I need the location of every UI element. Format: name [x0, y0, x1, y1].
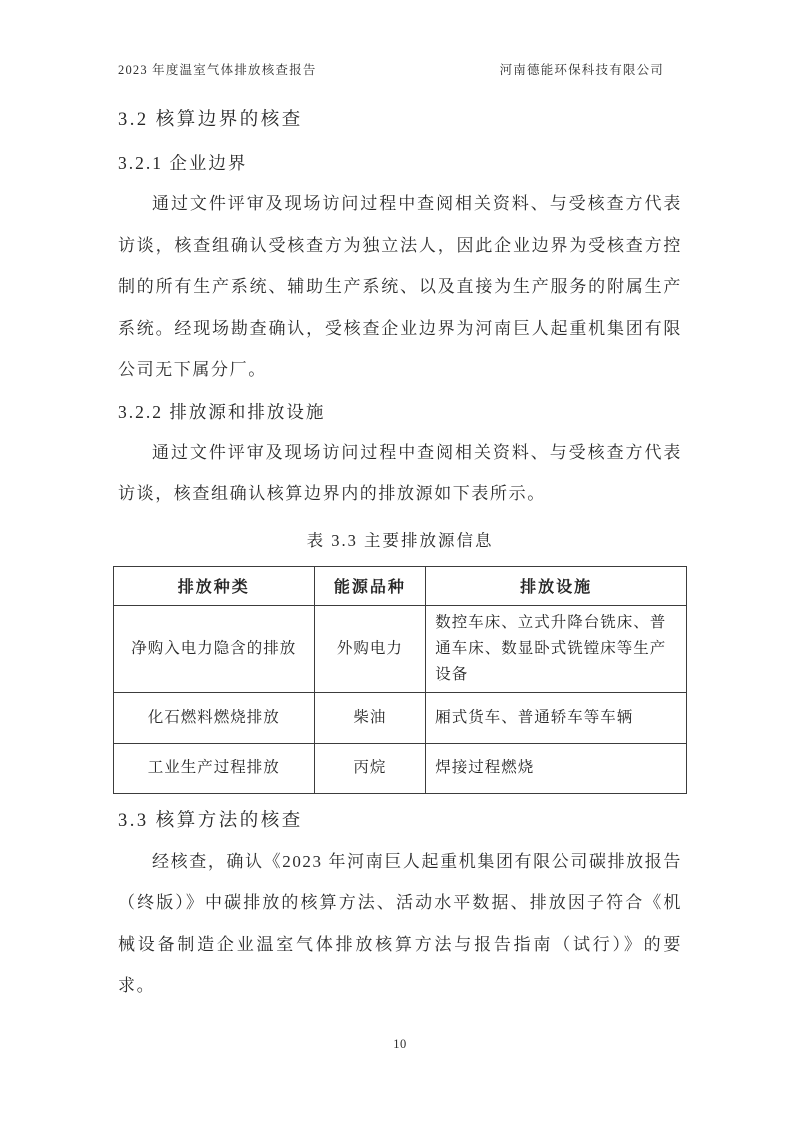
document-page: 2023 年度温室气体排放核查报告 河南德能环保科技有限公司 3.2 核算边界的…: [0, 0, 800, 1131]
table-cell: 厢式货车、普通轿车等车辆: [426, 692, 687, 743]
emission-sources-table: 排放种类 能源品种 排放设施 净购入电力隐含的排放 外购电力 数控车床、立式升降…: [113, 566, 687, 794]
page-content: 2023 年度温室气体排放核查报告 河南德能环保科技有限公司 3.2 核算边界的…: [118, 60, 682, 1007]
table-cell: 焊接过程燃烧: [426, 743, 687, 793]
header-company-name: 河南德能环保科技有限公司: [500, 60, 664, 78]
section-heading-3-2-2: 3.2.2 排放源和排放设施: [118, 399, 682, 425]
header-report-title: 2023 年度温室气体排放核查报告: [118, 60, 317, 78]
section-heading-3-2-1: 3.2.1 企业边界: [118, 150, 682, 176]
table-cell: 工业生产过程排放: [114, 743, 315, 793]
paragraph-accounting-method: 经核查，确认《2023 年河南巨人起重机集团有限公司碳排放报告（终版）》中碳排放…: [118, 841, 682, 1007]
table-header-energy-type: 能源品种: [314, 566, 426, 605]
table-cell: 丙烷: [314, 743, 426, 793]
paragraph-enterprise-boundary: 通过文件评审及现场访问过程中查阅相关资料、与受核查方代表访谈，核查组确认受核查方…: [118, 183, 682, 391]
table-row: 化石燃料燃烧排放 柴油 厢式货车、普通轿车等车辆: [114, 692, 687, 743]
section-heading-3-2: 3.2 核算边界的核查: [118, 107, 682, 133]
table-row: 工业生产过程排放 丙烷 焊接过程燃烧: [114, 743, 687, 793]
table-cell: 净购入电力隐含的排放: [114, 605, 315, 692]
paragraph-emission-sources: 通过文件评审及现场访问过程中查阅相关资料、与受核查方代表访谈，核查组确认核算边界…: [118, 432, 682, 515]
table-header-emission-type: 排放种类: [114, 566, 315, 605]
page-number: 10: [0, 1037, 800, 1052]
table-caption: 表 3.3 主要排放源信息: [118, 528, 682, 554]
table-cell: 外购电力: [314, 605, 426, 692]
table-cell: 柴油: [314, 692, 426, 743]
table-header-emission-facility: 排放设施: [426, 566, 687, 605]
table-cell: 数控车床、立式升降台铣床、普通车床、数显卧式铣镗床等生产设备: [426, 605, 687, 692]
page-header: 2023 年度温室气体排放核查报告 河南德能环保科技有限公司: [118, 60, 682, 78]
section-heading-3-3: 3.3 核算方法的核查: [118, 808, 682, 834]
table-cell: 化石燃料燃烧排放: [114, 692, 315, 743]
table-header-row: 排放种类 能源品种 排放设施: [114, 566, 687, 605]
table-row: 净购入电力隐含的排放 外购电力 数控车床、立式升降台铣床、普通车床、数显卧式铣镗…: [114, 605, 687, 692]
